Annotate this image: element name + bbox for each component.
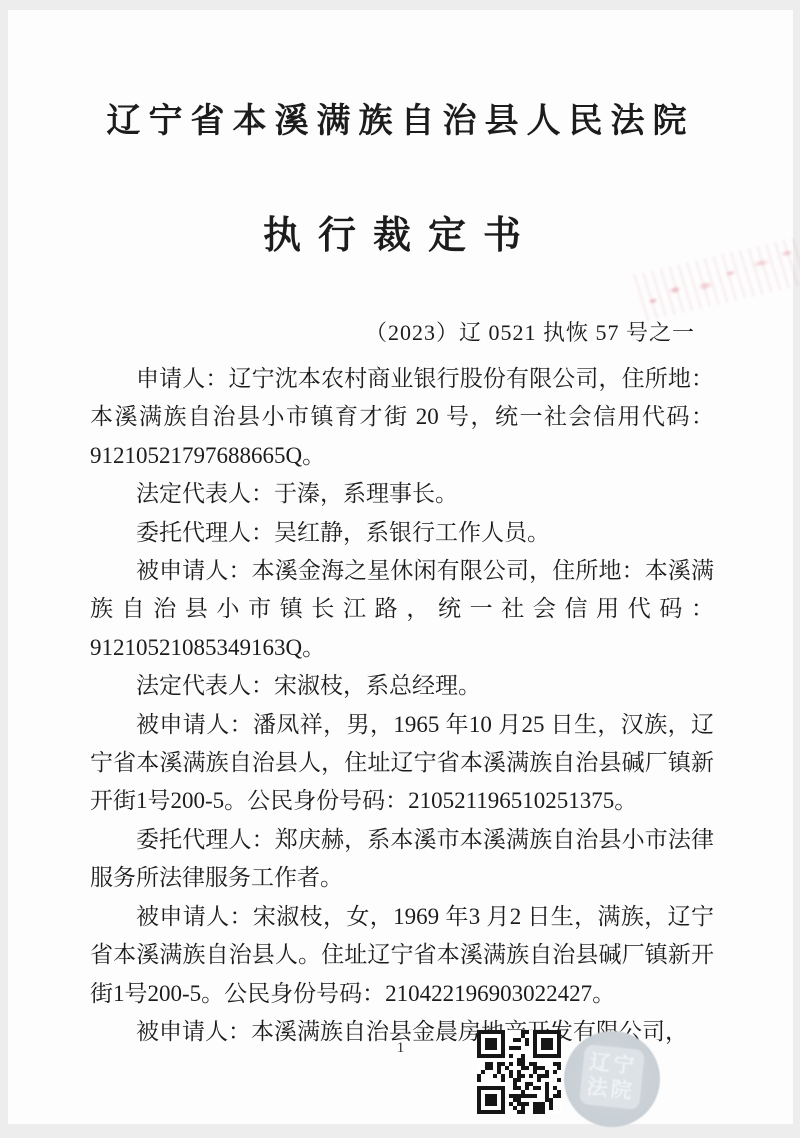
court-seal-text-line2: 法院 — [586, 1074, 636, 1104]
court-name-title: 辽宁省本溪满族自治县人民法院 — [8, 102, 793, 142]
qr-code-icon — [477, 1030, 561, 1114]
scanned-document: 辽宁省本溪满族自治县人民法院 执行裁定书 （2023）辽 0521 执恢 57 … — [0, 0, 800, 1138]
court-seal-icon: 辽宁 法院 — [564, 1031, 660, 1127]
body-paragraph: 委托代理人：吴红静，系银行工作人员。 — [90, 514, 714, 552]
document-body: 申请人：辽宁沈本农村商业银行股份有限公司，住所地：本溪满族自治县小市镇育才街 2… — [90, 360, 714, 1051]
body-paragraph: 被申请人：宋淑枝，女，1969 年3 月2 日生，满族，辽宁省本溪满族自治县人。… — [90, 898, 714, 1013]
body-paragraph: 被申请人：本溪金海之星休闲有限公司，住所地：本溪满族自治县小市镇长江路，统一社会… — [90, 552, 714, 667]
document-title: 执行裁定书 — [8, 214, 793, 258]
body-paragraph: 法定代表人：于溱，系理事长。 — [90, 475, 714, 513]
page-number: 1 — [8, 1040, 793, 1057]
body-paragraph: 法定代表人：宋淑枝，系总经理。 — [90, 667, 714, 705]
body-paragraph: 被申请人：潘凤祥，男，1965 年10 月25 日生，汉族，辽宁省本溪满族自治县… — [90, 706, 714, 821]
court-seal-inner-square: 辽宁 法院 — [579, 1044, 645, 1110]
case-number: （2023）辽 0521 执恢 57 号之一 — [365, 316, 695, 347]
document-page: 辽宁省本溪满族自治县人民法院 执行裁定书 （2023）辽 0521 执恢 57 … — [8, 10, 793, 1124]
body-paragraph: 申请人：辽宁沈本农村商业银行股份有限公司，住所地：本溪满族自治县小市镇育才街 2… — [90, 360, 714, 475]
body-paragraph: 委托代理人：郑庆赫，系本溪市本溪满族自治县小市法律服务所法律服务工作者。 — [90, 821, 714, 898]
